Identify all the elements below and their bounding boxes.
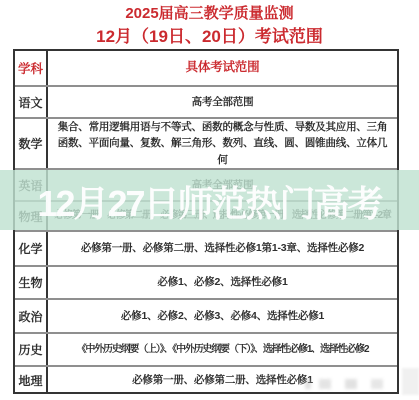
table-row: 政治 必修1、必修2、必修3、必修4、选择性必修1 <box>15 298 397 332</box>
table-row: 语文 高考全部范围 <box>15 85 397 117</box>
subject-cell: 语文 <box>15 87 48 117</box>
table-header-row: 学科 具体考试范围 <box>15 51 397 85</box>
subject-cell: 数学 <box>15 119 48 168</box>
watermark-smudge-edge <box>402 368 419 395</box>
table-row: 化学 必修第一册、必修第二册、选择性必修1第1-3章、选择性必修2 <box>15 230 397 265</box>
subject-cell: 地理 <box>15 367 48 394</box>
watermark-smudge <box>305 379 393 389</box>
page: 2025届高三教学质量监测 12月（19日、20日）考试范围 学科 具体考试范围… <box>0 0 419 400</box>
column-header-range: 具体考试范围 <box>48 51 397 85</box>
page-title: 2025届高三教学质量监测 <box>0 3 419 24</box>
table-body: 语文 高考全部范围 数学 集合、常用逻辑用语与不等式、函数的概念与性质、导数及其… <box>15 85 397 394</box>
subject-cell: 生物 <box>15 267 48 298</box>
range-cell: 必修1、必修2、选择性必修1 <box>48 267 397 298</box>
page-header: 2025届高三教学质量监测 12月（19日、20日）考试范围 <box>0 0 419 49</box>
range-cell: 必修第一册、必修第二册、选择性必修1第1-3章、选择性必修2 <box>48 232 397 265</box>
range-cell: 集合、常用逻辑用语与不等式、函数的概念与性质、导数及其应用、三角函数、平面向量、… <box>48 119 397 168</box>
subject-cell: 政治 <box>15 300 48 332</box>
table-row: 数学 集合、常用逻辑用语与不等式、函数的概念与性质、导数及其应用、三角函数、平面… <box>15 117 397 168</box>
subject-cell: 化学 <box>15 232 48 265</box>
page-subtitle: 12月（19日、20日）考试范围 <box>0 24 419 49</box>
column-header-subject: 学科 <box>15 51 48 85</box>
range-cell: 必修1、必修2、必修3、必修4、选择性必修1 <box>48 300 397 332</box>
watermark-banner: 12月27日师范热门高考 <box>0 170 419 230</box>
range-cell: 《中外历史纲要（上）》、《中外历史纲要（下）》、选择性必修1、选择性必修2 <box>48 334 397 365</box>
range-cell: 高考全部范围 <box>48 87 397 117</box>
watermark-banner-text: 12月27日师范热门高考 <box>37 176 381 227</box>
table-row: 历史 《中外历史纲要（上）》、《中外历史纲要（下）》、选择性必修1、选择性必修2 <box>15 332 397 365</box>
table-row: 生物 必修1、必修2、选择性必修1 <box>15 265 397 298</box>
subject-cell: 历史 <box>15 334 48 365</box>
